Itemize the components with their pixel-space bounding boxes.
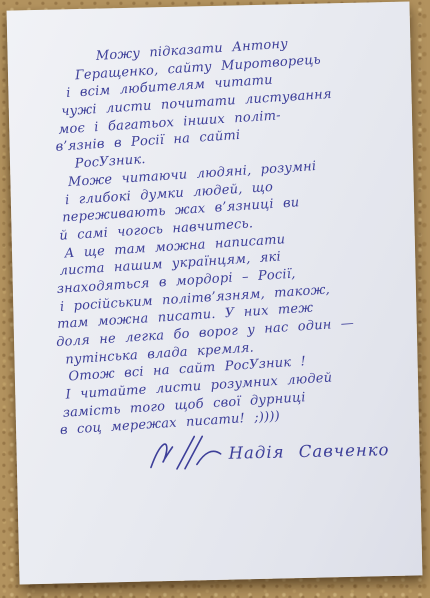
signature-block: Надія Савченко <box>146 430 390 474</box>
signature-flourish <box>146 434 225 474</box>
paper-sheet: Можу підказати Антону Геращенко, сайту М… <box>7 2 423 585</box>
letter-text: Можу підказати Антону Геращенко, сайту М… <box>33 28 427 440</box>
signature-name: Надія Савченко <box>228 440 389 463</box>
